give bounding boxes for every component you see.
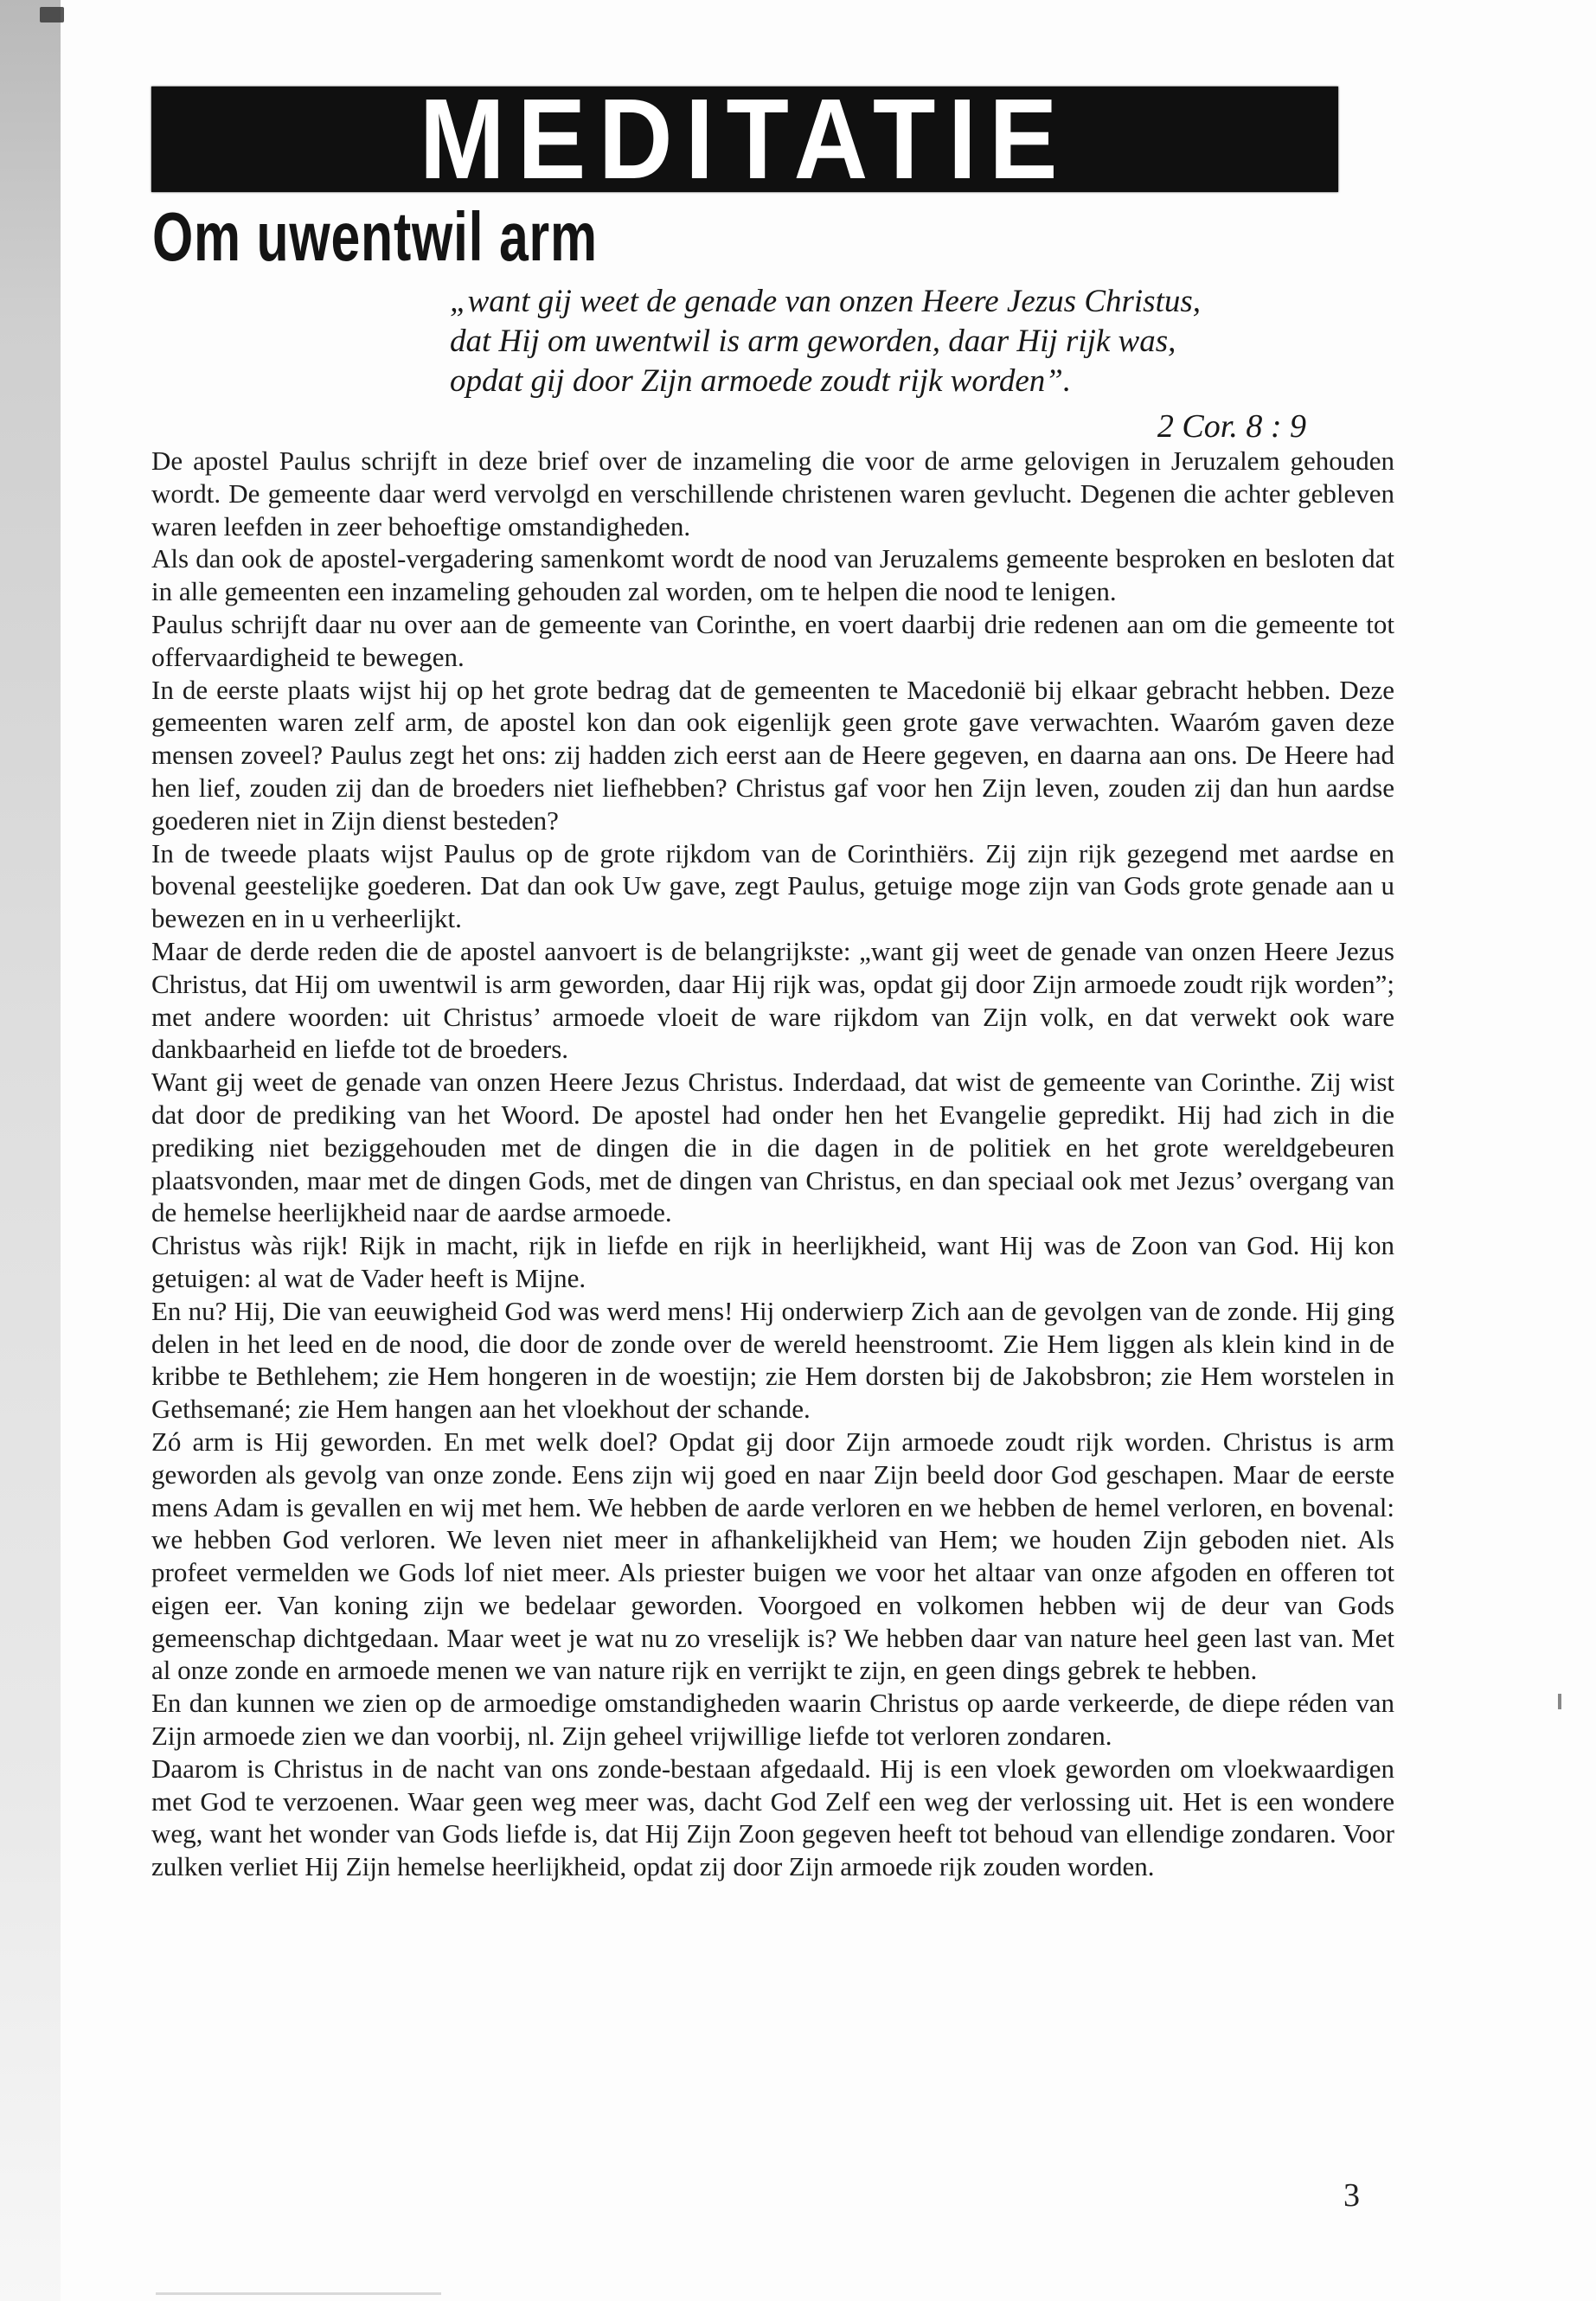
article-title: Om uwentwil arm [152, 202, 598, 272]
scan-edge-shadow [0, 0, 61, 2301]
paragraph: De apostel Paulus schrijft in deze brief… [151, 445, 1394, 542]
section-banner: MEDITATIE [151, 87, 1338, 192]
paragraph: En nu? Hij, Die van eeuwigheid God was w… [151, 1295, 1394, 1426]
paragraph: Paulus schrijft daar nu over aan de geme… [151, 608, 1394, 674]
page-number: 3 [1343, 2176, 1360, 2214]
scan-artifact-tick [1558, 1694, 1561, 1709]
paragraph: Christus wàs rijk! Rijk in macht, rijk i… [151, 1229, 1394, 1295]
quote-line: dat Hij om uwentwil is arm geworden, daa… [450, 322, 1401, 362]
paragraph: Zó arm is Hij geworden. En met welk doel… [151, 1426, 1394, 1687]
paragraph: Als dan ook de apostel-vergadering samen… [151, 542, 1394, 608]
scan-artifact-mark [40, 7, 64, 22]
quote-line: opdat gij door Zijn armoede zoudt rijk w… [450, 362, 1401, 401]
paragraph: En dan kunnen we zien op de armoedige om… [151, 1687, 1394, 1753]
paragraph: Maar de derde reden die de apostel aanvo… [151, 935, 1394, 1066]
paragraph: In de tweede plaats wijst Paulus op de g… [151, 837, 1394, 935]
scripture-quote: „want gij weet de genade van onzen Heere… [450, 282, 1401, 446]
article-body: De apostel Paulus schrijft in deze brief… [151, 445, 1394, 1883]
paragraph: Daarom is Christus in de nacht van ons z… [151, 1753, 1394, 1883]
section-banner-text: MEDITATIE [420, 82, 1070, 196]
paragraph: In de eerste plaats wijst hij op het gro… [151, 674, 1394, 837]
scanned-document-page: MEDITATIE Om uwentwil arm „want gij weet… [0, 0, 1596, 2301]
scan-artifact-hairline [156, 2292, 441, 2295]
paragraph: Want gij weet de genade van onzen Heere … [151, 1066, 1394, 1229]
quote-line: „want gij weet de genade van onzen Heere… [450, 282, 1401, 322]
scripture-reference: 2 Cor. 8 : 9 [450, 407, 1401, 446]
